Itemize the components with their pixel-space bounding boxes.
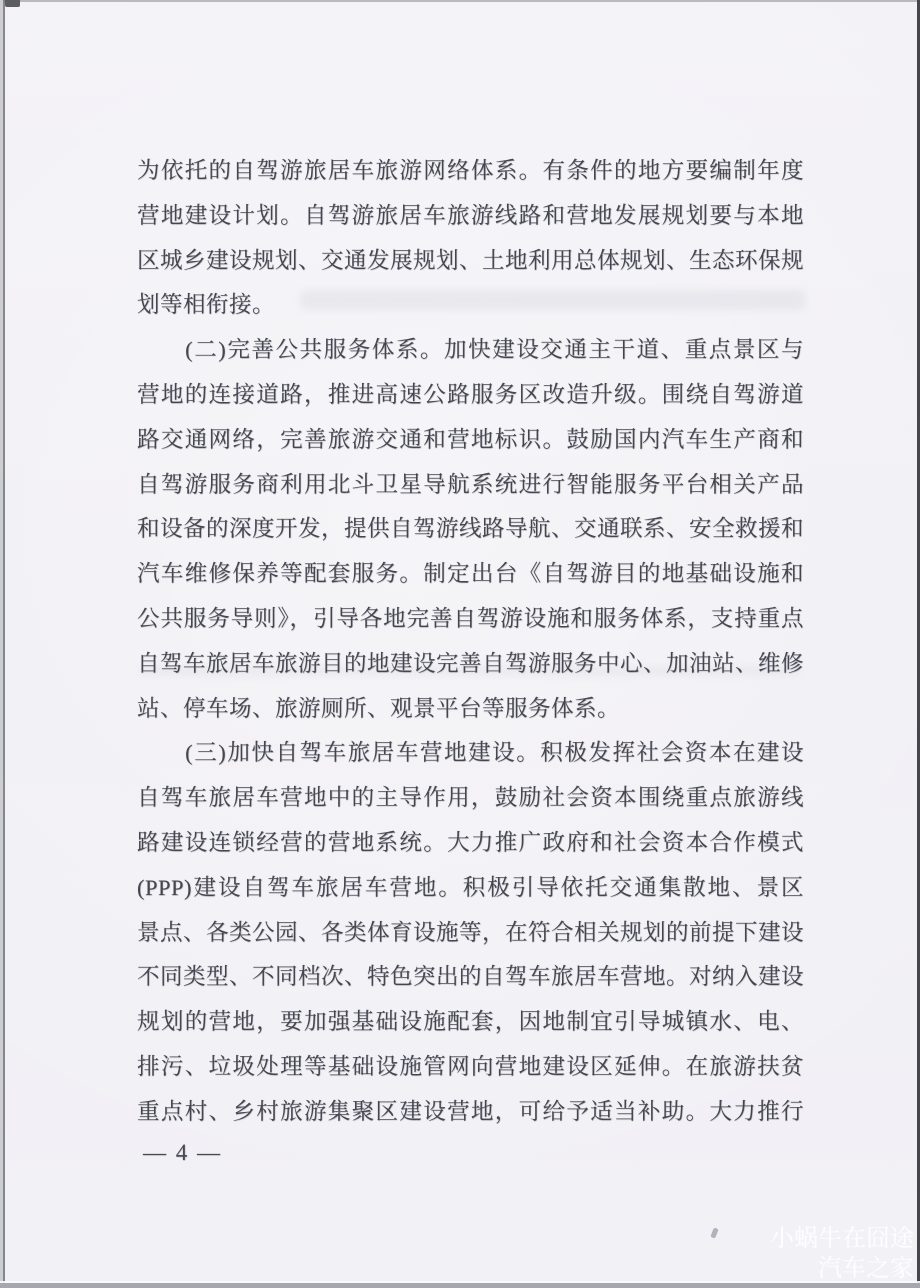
text-line: 景点、各类公园、各类体育设施等，在符合相关规划的前提下建设 bbox=[137, 911, 804, 956]
text-line: 路交通网络，完善旅游交通和营地标识。鼓励国内汽车生产商和 bbox=[137, 418, 804, 463]
watermark: 小蜗牛在囧途 汽车之家 bbox=[770, 1224, 914, 1284]
text-line: 排污、垃圾处理等基础设施管网向营地建设区延伸。在旅游扶贫 bbox=[137, 1045, 804, 1090]
text-line: 区城乡建设规划、交通发展规划、土地利用总体规划、生态环保规 bbox=[137, 239, 804, 284]
text-line: 规划的营地，要加强基础设施配套，因地制宜引导城镇水、电、气、 bbox=[137, 1000, 804, 1045]
text-line: 汽车维修保养等配套服务。制定出台《自驾游目的地基础设施和 bbox=[137, 552, 804, 597]
text-line: 自驾车旅居车旅游目的地建设完善自驾游服务中心、加油站、维修 bbox=[137, 642, 804, 687]
text-line: 划等相衔接。 bbox=[137, 283, 804, 328]
text-line: (二)完善公共服务体系。加快建设交通主干道、重点景区与 bbox=[137, 328, 804, 373]
text-line: (PPP)建设自驾车旅居车营地。积极引导依托交通集散地、景区 bbox=[137, 866, 804, 911]
watermark-line2: 汽车之家 bbox=[770, 1254, 914, 1284]
text-line: 站、停车场、旅游厕所、观景平台等服务体系。 bbox=[137, 687, 804, 732]
scan-edge-bottom bbox=[0, 1283, 920, 1288]
text-line: 不同类型、不同档次、特色突出的自驾车旅居车营地。对纳入建设 bbox=[137, 955, 804, 1000]
text-line: 和设备的深度开发，提供自驾游线路导航、交通联系、安全救援和 bbox=[137, 507, 804, 552]
scanned-document-page: 为依托的自驾游旅居车旅游网络体系。有条件的地方要编制年度营地建设计划。自驾游旅居… bbox=[0, 0, 920, 1288]
scan-speck-artifact bbox=[710, 1227, 718, 1238]
text-line: 为依托的自驾游旅居车旅游网络体系。有条件的地方要编制年度 bbox=[137, 149, 804, 194]
text-line: 自驾游服务商利用北斗卫星导航系统进行智能服务平台相关产品 bbox=[137, 463, 804, 508]
page-number: — 4 — bbox=[143, 1138, 222, 1168]
scan-notch-topleft bbox=[5, 0, 20, 7]
text-line: 公共服务导则》，引导各地完善自驾游设施和服务体系，支持重点 bbox=[137, 597, 804, 642]
text-line: 重点村、乡村旅游集聚区建设营地，可给予适当补助。大力推行 bbox=[137, 1090, 804, 1135]
text-line: 营地的连接道路，推进高速公路服务区改造升级。围绕自驾游道 bbox=[137, 373, 804, 418]
text-line: 自驾车旅居车营地中的主导作用，鼓励社会资本围绕重点旅游线 bbox=[137, 776, 804, 821]
scan-edge-top bbox=[0, 0, 920, 2]
watermark-line1: 小蜗牛在囧途 bbox=[770, 1224, 914, 1254]
scan-edge-left-dark bbox=[3, 0, 5, 1288]
text-line: (三)加快自驾车旅居车营地建设。积极发挥社会资本在建设 bbox=[137, 731, 804, 776]
document-body: 为依托的自驾游旅居车旅游网络体系。有条件的地方要编制年度营地建设计划。自驾游旅居… bbox=[137, 149, 804, 1135]
text-line: 营地建设计划。自驾游旅居车旅游线路和营地发展规划要与本地 bbox=[137, 194, 804, 239]
text-line: 路建设连锁经营的营地系统。大力推广政府和社会资本合作模式 bbox=[137, 821, 804, 866]
